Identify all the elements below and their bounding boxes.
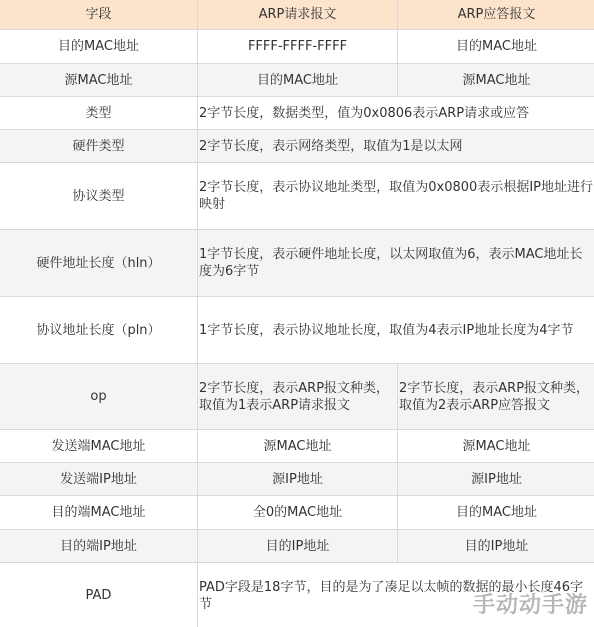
table-row: 目的MAC地址 FFFF-FFFF-FFFF 目的MAC地址 [0, 30, 594, 64]
reply-cell: 目的MAC地址 [398, 496, 594, 530]
field-cell: 硬件类型 [0, 130, 198, 163]
description-cell: 2字节长度，数据类型，值为0x0806表示ARP请求或应答 [198, 97, 594, 130]
field-cell: 协议地址长度（pln） [0, 297, 198, 364]
arp-packet-fields-table: 字段 ARP请求报文 ARP应答报文 目的MAC地址 FFFF-FFFF-FFF… [0, 0, 594, 627]
reply-cell: 目的MAC地址 [398, 30, 594, 64]
description-cell: 1字节长度，表示硬件地址长度，以太网取值为6，表示MAC地址长度为6字节 [198, 230, 594, 297]
field-cell: 协议类型 [0, 163, 198, 230]
header-field: 字段 [0, 0, 198, 30]
table-row: 目的端MAC地址 全0的MAC地址 目的MAC地址 [0, 496, 594, 530]
table-row: 硬件地址长度（hln） 1字节长度，表示硬件地址长度，以太网取值为6，表示MAC… [0, 230, 594, 297]
table-row: 类型 2字节长度，数据类型，值为0x0806表示ARP请求或应答 [0, 97, 594, 130]
reply-cell: 2字节长度，表示ARP报文种类，取值为2表示ARP应答报文 [398, 364, 594, 430]
reply-cell: 源MAC地址 [398, 64, 594, 97]
table-row: 源MAC地址 目的MAC地址 源MAC地址 [0, 64, 594, 97]
field-cell: 发送端MAC地址 [0, 430, 198, 463]
field-cell: 目的端IP地址 [0, 530, 198, 563]
field-cell: 硬件地址长度（hln） [0, 230, 198, 297]
reply-cell: 源IP地址 [398, 463, 594, 496]
request-cell: 目的MAC地址 [198, 64, 398, 97]
field-cell: 源MAC地址 [0, 64, 198, 97]
reply-cell: 源MAC地址 [398, 430, 594, 463]
reply-cell: 目的IP地址 [398, 530, 594, 563]
description-cell: 2字节长度，表示网络类型，取值为1是以太网 [198, 130, 594, 163]
field-cell: 类型 [0, 97, 198, 130]
table-row: 发送端IP地址 源IP地址 源IP地址 [0, 463, 594, 496]
request-cell: 全0的MAC地址 [198, 496, 398, 530]
field-cell: 发送端IP地址 [0, 463, 198, 496]
request-cell: 源MAC地址 [198, 430, 398, 463]
request-cell: 目的IP地址 [198, 530, 398, 563]
description-cell: 1字节长度，表示协议地址长度，取值为4表示IP地址长度为4字节 [198, 297, 594, 364]
table-row: 目的端IP地址 目的IP地址 目的IP地址 [0, 530, 594, 563]
request-cell: FFFF-FFFF-FFFF [198, 30, 398, 64]
table-row: 协议类型 2字节长度，表示协议地址类型，取值为0x0800表示根据IP地址进行映… [0, 163, 594, 230]
table-row: 硬件类型 2字节长度，表示网络类型，取值为1是以太网 [0, 130, 594, 163]
field-cell: PAD [0, 563, 198, 627]
header-arp-reply: ARP应答报文 [398, 0, 594, 30]
table-header-row: 字段 ARP请求报文 ARP应答报文 [0, 0, 594, 30]
header-arp-request: ARP请求报文 [198, 0, 398, 30]
request-cell: 源IP地址 [198, 463, 398, 496]
field-cell: 目的端MAC地址 [0, 496, 198, 530]
watermark: 手动动手游 [473, 588, 588, 619]
table-row: 协议地址长度（pln） 1字节长度，表示协议地址长度，取值为4表示IP地址长度为… [0, 297, 594, 364]
field-cell: 目的MAC地址 [0, 30, 198, 64]
table-row: 发送端MAC地址 源MAC地址 源MAC地址 [0, 430, 594, 463]
field-cell: op [0, 364, 198, 430]
table-row: op 2字节长度，表示ARP报文种类，取值为1表示ARP请求报文 2字节长度，表… [0, 364, 594, 430]
description-cell: 2字节长度，表示协议地址类型，取值为0x0800表示根据IP地址进行映射 [198, 163, 594, 230]
request-cell: 2字节长度，表示ARP报文种类，取值为1表示ARP请求报文 [198, 364, 398, 430]
